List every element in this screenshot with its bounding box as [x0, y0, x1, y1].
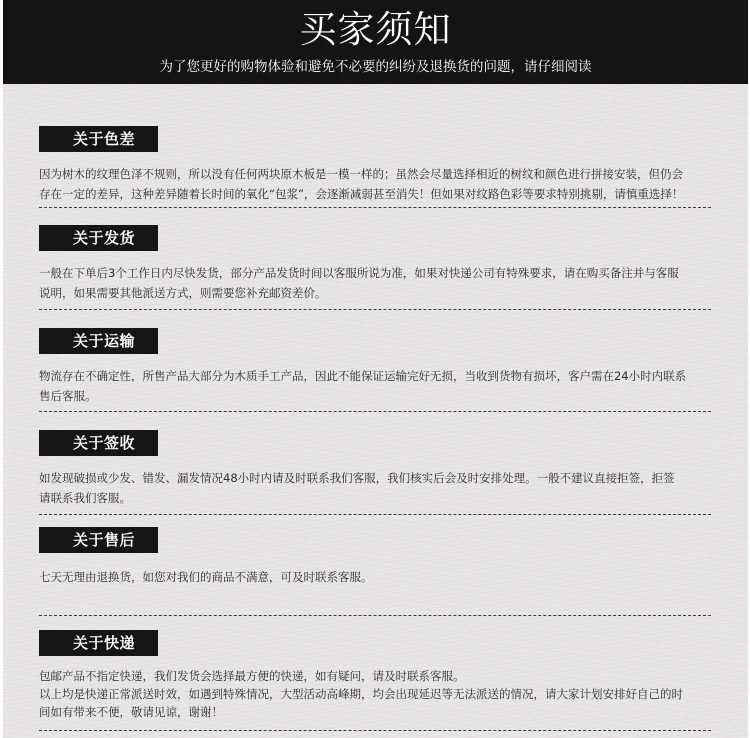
- body-line: 包邮产品不指定快递，我们发货会选择最方便的快递，如有疑问，请及时联系客服。: [39, 667, 729, 685]
- dashed-divider: [39, 309, 711, 310]
- section-body: 物流存在不确定性，所售产品大部分为木质手工产品，因此不能保证运输完好无损，当收到…: [39, 366, 729, 406]
- section-body: 包邮产品不指定快递，我们发货会选择最方便的快递，如有疑问，请及时联系客服。 以上…: [39, 667, 729, 721]
- page-subtitle: 为了您更好的购物体验和避免不必要的纠纷及退换货的问题，请仔细阅读: [3, 58, 748, 76]
- body-line: 存在一定的差异，这种差异随着长时间的氧化“包浆”，会逐渐减弱甚至消失！但如果对纹…: [39, 184, 729, 204]
- section-label: 关于快递: [39, 630, 158, 656]
- section-label: 关于色差: [39, 126, 158, 152]
- body-line: 间如有带来不便，敬请见谅，谢谢！: [39, 703, 729, 721]
- page-title: 买家须知: [3, 8, 748, 52]
- section-label: 关于运输: [39, 328, 158, 354]
- section-label: 关于售后: [39, 527, 158, 553]
- body-line: 如发现破损或少发、错发、漏发情况48小时内请及时联系我们客服，我们核实后会及时安…: [39, 468, 729, 488]
- section-body: 因为树木的纹理色泽不规则，所以没有任何两块原木板是一模一样的；虽然会尽量选择相近…: [39, 164, 729, 204]
- dashed-divider: [39, 207, 711, 208]
- body-line: 一般在下单后3个工作日内尽快发货，部分产品发货时间以客服所说为准，如果对快递公司…: [39, 263, 729, 283]
- body-line: 以上均是快递正常派送时效，如遇到特殊情况，大型活动高峰期，均会出现延迟等无法派送…: [39, 685, 729, 703]
- body-line: 售后客服。: [39, 386, 729, 406]
- section-body: 如发现破损或少发、错发、漏发情况48小时内请及时联系我们客服，我们核实后会及时安…: [39, 468, 729, 508]
- section-body: 一般在下单后3个工作日内尽快发货，部分产品发货时间以客服所说为准，如果对快递公司…: [39, 263, 729, 303]
- body-line: 因为树木的纹理色泽不规则，所以没有任何两块原木板是一模一样的；虽然会尽量选择相近…: [39, 164, 729, 184]
- dashed-divider: [39, 615, 711, 616]
- dashed-divider: [39, 411, 711, 412]
- body-line: 物流存在不确定性，所售产品大部分为木质手工产品，因此不能保证运输完好无损，当收到…: [39, 366, 729, 386]
- buyer-notice-page: 买家须知 为了您更好的购物体验和避免不必要的纠纷及退换货的问题，请仔细阅读 关于…: [3, 0, 748, 738]
- dashed-divider: [39, 730, 711, 731]
- section-label: 关于发货: [39, 225, 158, 251]
- body-line: 请联系我们客服。: [39, 488, 729, 508]
- body-line: 说明，如果需要其他派送方式，则需要您补充邮资差价。: [39, 283, 729, 303]
- dashed-divider: [39, 514, 711, 515]
- body-line: 七天无理由退换货，如您对我们的商品不满意，可及时联系客服。: [39, 567, 729, 587]
- section-body: 七天无理由退换货，如您对我们的商品不满意，可及时联系客服。: [39, 567, 729, 587]
- header-banner: 买家须知 为了您更好的购物体验和避免不必要的纠纷及退换货的问题，请仔细阅读: [3, 0, 748, 84]
- section-label: 关于签收: [39, 430, 158, 456]
